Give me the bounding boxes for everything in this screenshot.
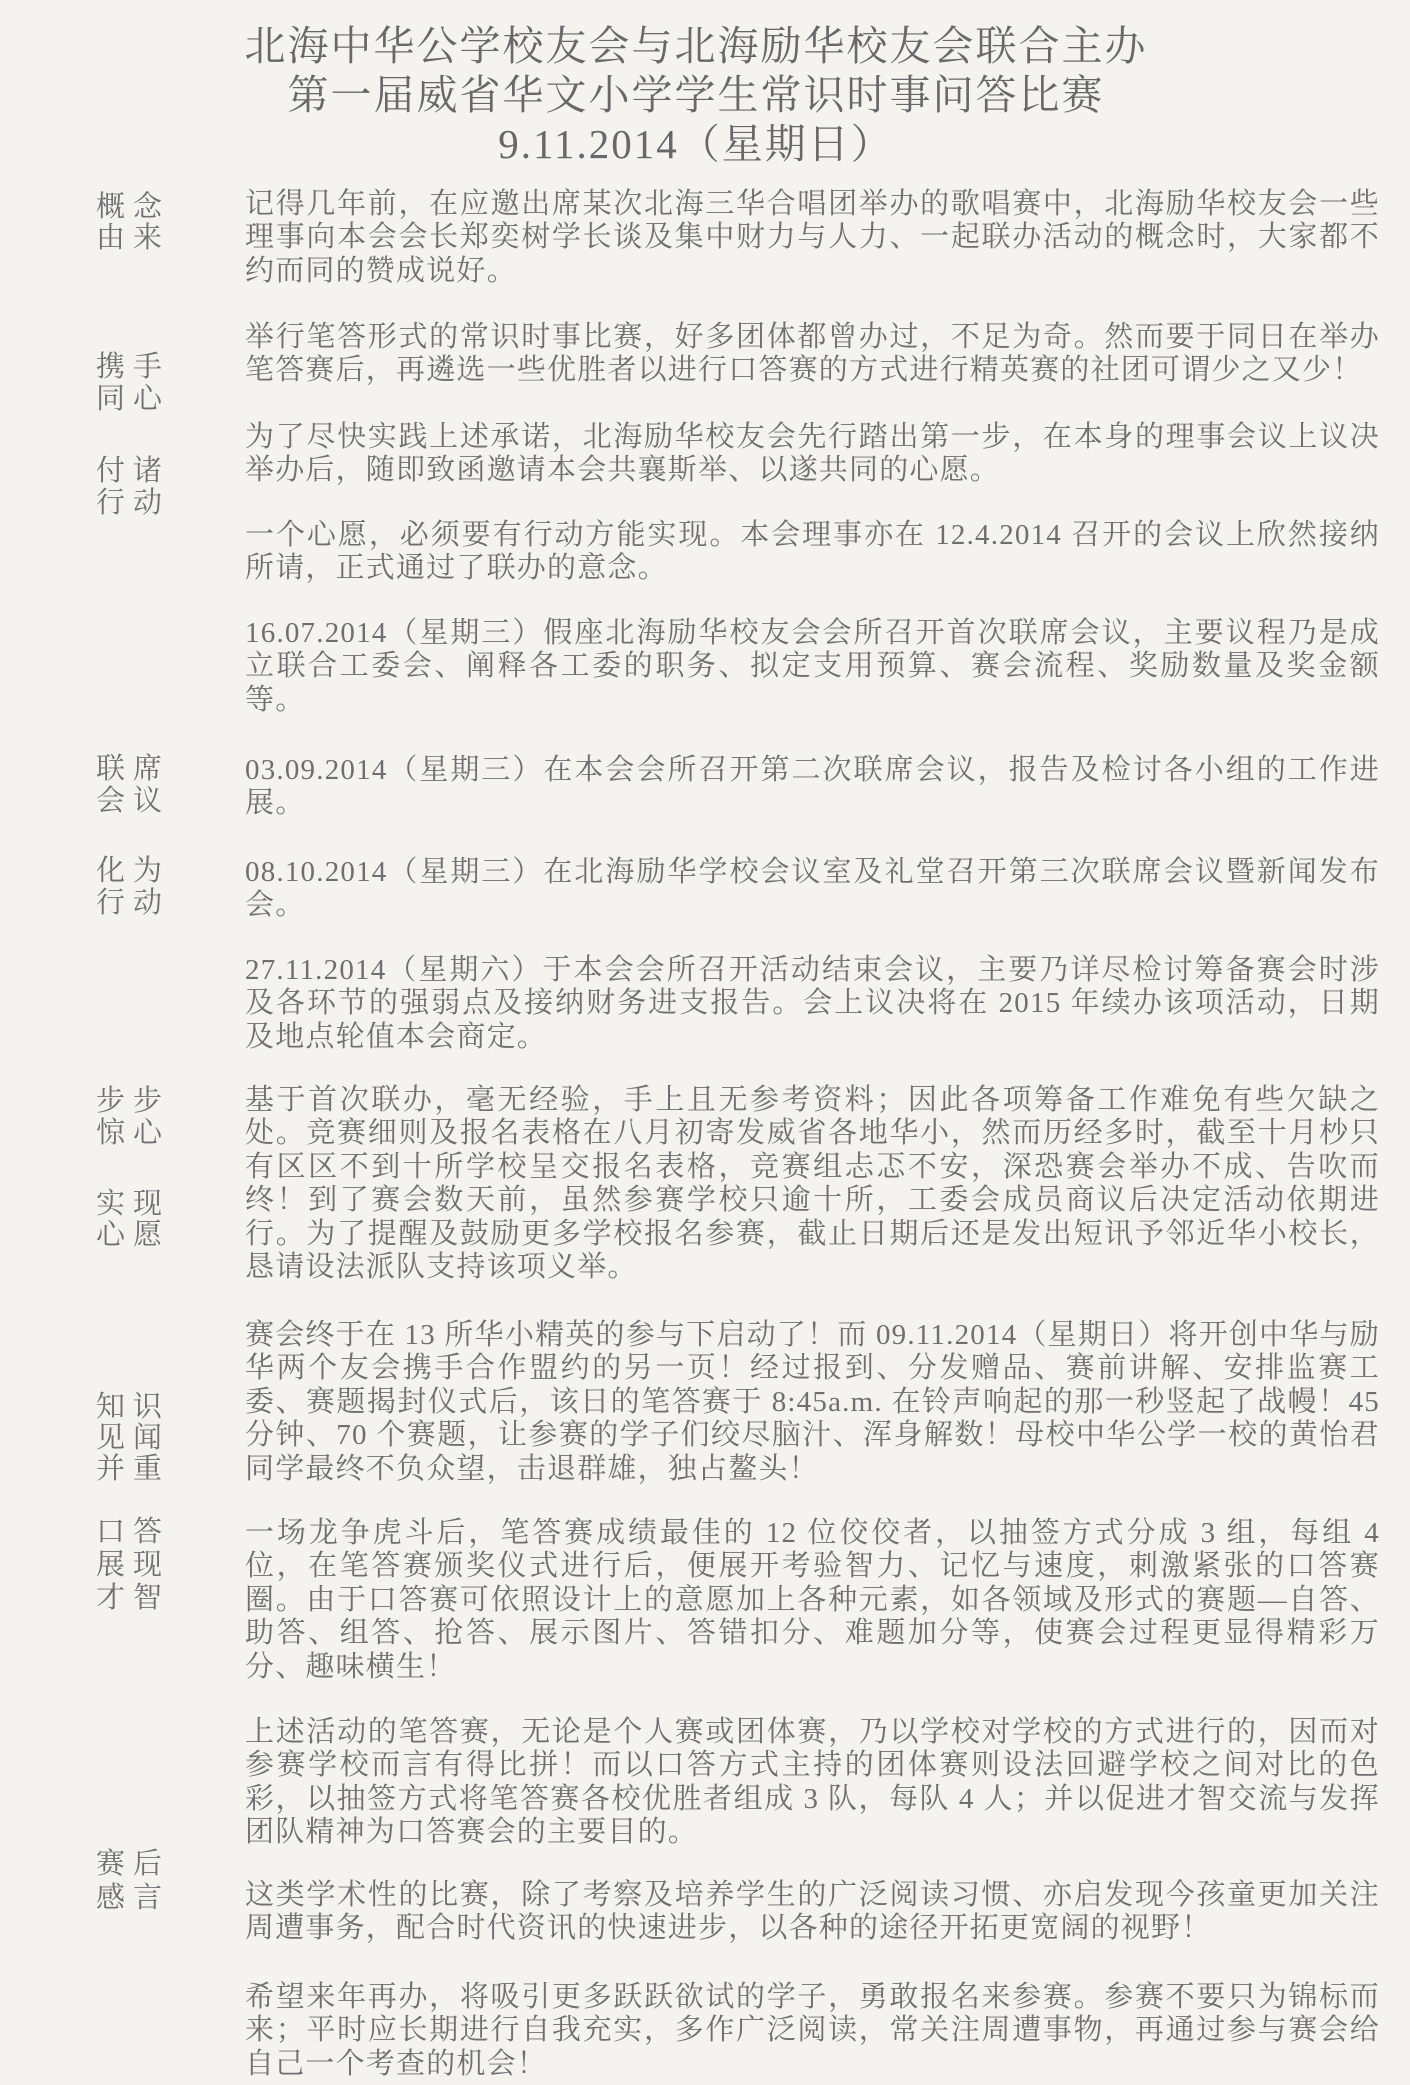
paragraph-1: 记得几年前，在应邀出席某次北海三华合唱团举办的歌唱赛中，北海励华校友会一些理事向…: [245, 188, 1380, 288]
paragraph-7: 08.10.2014（星期三）在北海励华学校会议室及礼堂召开第三次联席会议暨新闻…: [245, 856, 1380, 923]
margin-label-nerve-wracking-steps-line-2: 惊心: [96, 1119, 170, 1148]
margin-label-hand-in-hand-line-1: 携手: [96, 353, 170, 382]
title-line-3: 9.11.2014（星期日）: [0, 120, 1392, 169]
margin-label-hand-in-hand-line-2: 同心: [96, 385, 170, 414]
paragraph-2: 举行笔答形式的常识时事比赛，好多团体都曾办过，不足为奇。然而要于同日在举办笔答赛…: [245, 321, 1380, 388]
paragraph-3: 为了尽快实践上述承诺，北海励华校友会先行踏出第一步，在本身的理事会议上议决举办后…: [245, 421, 1380, 488]
margin-label-turned-to-action-line-2: 行动: [96, 889, 170, 918]
margin-label-joint-meetings-line-1: 联席: [96, 755, 170, 784]
paragraph-10: 赛会终于在 13 所华小精英的参与下启动了！而 09.11.2014（星期日）将…: [245, 1319, 1380, 1486]
paragraph-8: 27.11.2014（星期六）于本会会所召开活动结束会议，主要乃详尽检讨筹备赛会…: [245, 954, 1380, 1054]
paragraph-11: 一场龙争虎斗后，笔答赛成绩最佳的 12 位佼佼者，以抽签方式分成 3 组，每组 …: [245, 1517, 1380, 1684]
paragraph-14: 希望来年再办，将吸引更多跃跃欲试的学子，勇敢报名来参赛。参赛不要只为锦标而来；平…: [245, 1981, 1380, 2081]
margin-label-concept-origin-line-1: 概念: [96, 193, 170, 222]
margin-label-turned-to-action-line-1: 化为: [96, 857, 170, 886]
paragraph-6: 03.09.2014（星期三）在本会会所召开第二次联席会议，报告及检讨各小组的工…: [245, 754, 1380, 821]
margin-label-knowledge-and-experience-line-2: 见闻: [96, 1424, 170, 1453]
margin-label-wish-fulfilled-line-1: 实现: [96, 1190, 170, 1219]
margin-label-post-event-reflections-line-2: 感言: [96, 1884, 170, 1913]
margin-label-nerve-wracking-steps-line-1: 步步: [96, 1087, 170, 1116]
margin-label-oral-quiz-talent-line-3: 才智: [96, 1584, 170, 1613]
paragraph-4: 一个心愿，必须要有行动方能实现。本会理事亦在 12.4.2014 召开的会议上欣…: [245, 519, 1380, 586]
paragraph-9: 基于首次联办，毫无经验，手上且无参考资料；因此各项筹备工作难免有些欠缺之处。竞赛…: [245, 1084, 1380, 1284]
margin-label-oral-quiz-talent-line-2: 展现: [96, 1551, 170, 1580]
document-title: 北海中华公学校友会与北海励华校友会联合主办 第一届威省华文小学学生常识时事问答比…: [0, 22, 1392, 169]
margin-label-knowledge-and-experience-line-1: 知识: [96, 1393, 170, 1422]
document-page: 北海中华公学校友会与北海励华校友会联合主办 第一届威省华文小学学生常识时事问答比…: [0, 0, 1410, 2085]
margin-label-into-action-line-1: 付诸: [96, 457, 170, 486]
margin-label-knowledge-and-experience-line-3: 并重: [96, 1455, 170, 1484]
margin-label-concept-origin-line-2: 由来: [96, 224, 170, 253]
margin-label-joint-meetings-line-2: 会议: [96, 787, 170, 816]
margin-label-into-action-line-2: 行动: [96, 489, 170, 518]
margin-label-wish-fulfilled-line-2: 心愿: [96, 1221, 170, 1250]
paragraph-13: 这类学术性的比赛，除了考察及培养学生的广泛阅读习惯、亦启发现今孩童更加关注周遭事…: [245, 1879, 1380, 1946]
title-line-2: 第一届威省华文小学学生常识时事问答比赛: [0, 71, 1392, 120]
paragraph-5: 16.07.2014（星期三）假座北海励华校友会会所召开首次联席会议，主要议程乃…: [245, 617, 1380, 717]
title-line-1: 北海中华公学校友会与北海励华校友会联合主办: [0, 22, 1392, 71]
margin-label-oral-quiz-talent-line-1: 口答: [96, 1518, 170, 1547]
margin-label-post-event-reflections-line-1: 赛后: [96, 1850, 170, 1879]
paragraph-12: 上述活动的笔答赛，无论是个人赛或团体赛，乃以学校对学校的方式进行的，因而对参赛学…: [245, 1716, 1380, 1850]
